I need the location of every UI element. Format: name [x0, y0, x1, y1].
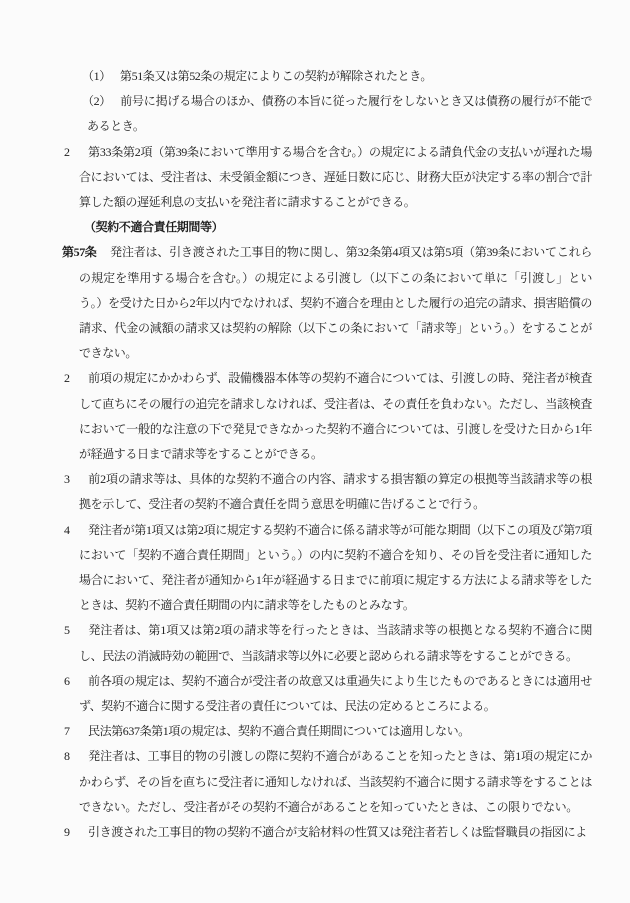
- item-number-label: 2: [64, 140, 88, 165]
- article-57-item-5: 5発注者は、第1項又は第2項の請求等を行ったときは、当該請求等の根拠となる契約不…: [0, 618, 592, 668]
- item-number-label: 8: [64, 744, 88, 769]
- clause-text: 民法第637条第1項の規定は、契約不適合責任期間については適用しない。: [88, 724, 470, 738]
- article-57-item-4: 4発注者が第1項又は第2項に規定する契約不適合に係る請求等が可能な期間（以下この…: [0, 518, 592, 619]
- clause-item-2-payment-delay: 2第33条第2項（第39条において準用する場合を含む。）の規定による請負代金の支…: [0, 140, 592, 216]
- item-number-label: 9: [64, 820, 88, 845]
- article-57-item-9: 9引き渡された工事目的物の契約不適合が支給材料の性質又は発注者若しくは監督職員の…: [0, 820, 592, 845]
- article-number-label: 第57条: [62, 240, 110, 265]
- subitem-number-label: （2）: [82, 89, 120, 114]
- clause-subitem-1: （1）第51条又は第52条の規定によりこの契約が解除されたとき。: [0, 64, 592, 89]
- clause-text: 発注者は、引き渡された工事目的物に関し、第32条第4項又は第5項（第39条におい…: [79, 245, 592, 360]
- item-number-label: 3: [64, 467, 88, 492]
- clause-text: 発注者は、工事目的物の引渡しの際に契約不適合があることを知ったときは、第1項の規…: [79, 749, 592, 813]
- clause-text: 発注者は、第1項又は第2項の請求等を行ったときは、当該請求等の根拠となる契約不適…: [79, 623, 592, 662]
- scanned-contract-page: （1）第51条又は第52条の規定によりこの契約が解除されたとき。 （2）前号に掲…: [0, 0, 630, 903]
- article-57: 第57条発注者は、引き渡された工事目的物に関し、第32条第4項又は第5項（第39…: [0, 240, 592, 366]
- clause-text: 引き渡された工事目的物の契約不適合が支給材料の性質又は発注者若しくは監督職員の指…: [88, 825, 587, 839]
- clause-text: 前号に掲げる場合のほか、債務の本旨に従った履行をしないとき又は債務の履行が不能で…: [87, 94, 592, 133]
- article-57-item-2: 2前項の規定にかかわらず、設備機器本体等の契約不適合については、引渡しの時、発注…: [0, 366, 592, 467]
- subitem-number-label: （1）: [82, 64, 120, 89]
- item-number-label: 7: [64, 719, 88, 744]
- item-number-label: 2: [64, 366, 88, 391]
- clause-subitem-2: （2）前号に掲げる場合のほか、債務の本旨に従った履行をしないとき又は債務の履行が…: [0, 89, 592, 139]
- item-number-label: 5: [64, 618, 88, 643]
- clause-text: 第51条又は第52条の規定によりこの契約が解除されたとき。: [120, 69, 432, 83]
- item-number-label: 6: [64, 669, 88, 694]
- clause-text: 発注者が第1項又は第2項に規定する契約不適合に係る請求等が可能な期間（以下この項…: [79, 523, 592, 613]
- clause-text: 第33条第2項（第39条において準用する場合を含む。）の規定による請負代金の支払…: [79, 145, 592, 209]
- section-heading-defect-liability-period: （契約不適合責任期間等）: [0, 215, 592, 240]
- article-57-item-8: 8発注者は、工事目的物の引渡しの際に契約不適合があることを知ったときは、第1項の…: [0, 744, 592, 820]
- clause-text: 前項の規定にかかわらず、設備機器本体等の契約不適合については、引渡しの時、発注者…: [79, 371, 592, 461]
- clause-text: 前各項の規定は、契約不適合が受注者の故意又は重過失により生じたものであるときには…: [79, 674, 592, 713]
- article-57-item-3: 3前2項の請求等は、具体的な契約不適合の内容、請求する損害額の算定の根拠等当該請…: [0, 467, 592, 517]
- clause-text: 前2項の請求等は、具体的な契約不適合の内容、請求する損害額の算定の根拠等当該請求…: [79, 472, 592, 511]
- item-number-label: 4: [64, 518, 88, 543]
- article-57-item-7: 7民法第637条第1項の規定は、契約不適合責任期間については適用しない。: [0, 719, 592, 744]
- article-57-item-6: 6前各項の規定は、契約不適合が受注者の故意又は重過失により生じたものであるときに…: [0, 669, 592, 719]
